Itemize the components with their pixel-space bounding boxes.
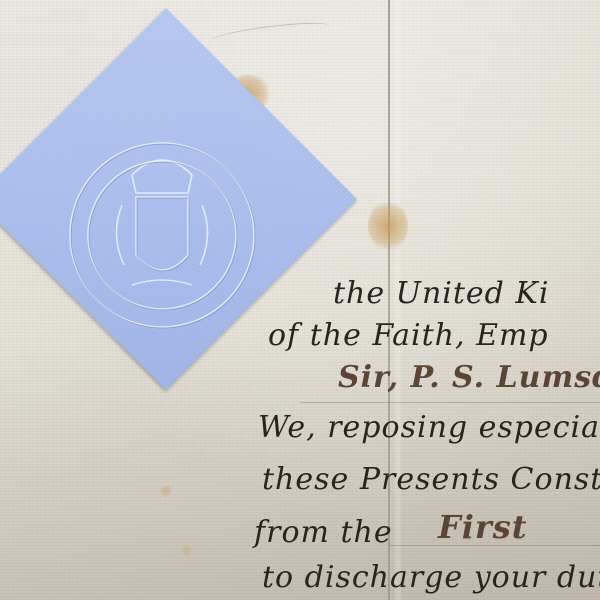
text-line-2: of the Faith, Emp (268, 318, 549, 353)
handwritten-ordinal: First (438, 508, 528, 546)
text-line-1: the United Ki (333, 276, 549, 311)
text-line-6: from the (254, 515, 393, 550)
royal-arms-emboss-icon (62, 135, 262, 335)
foxing-stain (368, 200, 408, 252)
text-line-7: to discharge your duty (262, 560, 600, 595)
text-line-4: We, reposing especial Tr (258, 410, 600, 445)
ruled-line (300, 402, 600, 403)
foxing-stain (160, 485, 172, 497)
handwritten-name: Sir, P. S. Lumsd (338, 360, 600, 395)
foxing-stain (182, 545, 192, 555)
text-line-5: these Presents Constitut (262, 462, 600, 497)
